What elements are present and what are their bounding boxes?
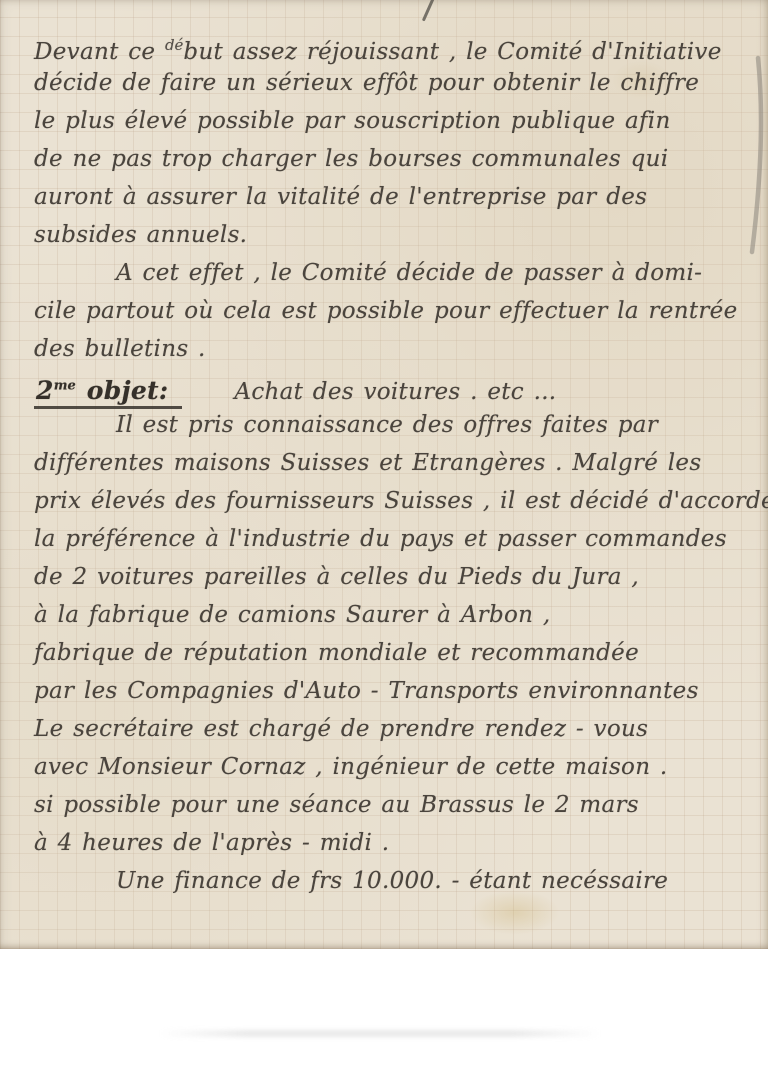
scan-margin xyxy=(0,949,768,1086)
manuscript-line: Devant ce début assez réjouissant , le C… xyxy=(34,26,750,64)
manuscript-line: le plus élevé possible par souscription … xyxy=(34,102,750,140)
heading-number: 2 xyxy=(36,376,54,405)
manuscript-line: cile partout où cela est possible pour e… xyxy=(34,292,750,330)
heading-word: objet: xyxy=(76,376,169,405)
manuscript-line: fabrique de réputation mondiale et recom… xyxy=(34,634,750,672)
manuscript-line: auront à assurer la vitalité de l'entrep… xyxy=(34,178,750,216)
manuscript-line: à la fabrique de camions Saurer à Arbon … xyxy=(34,596,750,634)
heading-line: 2me objet:Achat des voitures . etc ... xyxy=(34,368,750,406)
manuscript-line: A cet effet , le Comité décide de passer… xyxy=(34,254,750,292)
manuscript-line: la préférence à l'industrie du pays et p… xyxy=(34,520,750,558)
manuscript-line: par les Compagnies d'Auto - Transports e… xyxy=(34,672,750,710)
scanned-page: Devant ce début assez réjouissant , le C… xyxy=(0,0,768,949)
inserted-correction: dé xyxy=(165,36,183,54)
line-text: Devant ce xyxy=(34,39,165,65)
heading-title: Achat des voitures . etc ... xyxy=(234,379,556,405)
manuscript-line: différentes maisons Suisses et Etrangère… xyxy=(34,444,750,482)
manuscript-line: Le secrétaire est chargé de prendre rend… xyxy=(34,710,750,748)
manuscript-line: subsides annuels. xyxy=(34,216,750,254)
manuscript-line: des bulletins . xyxy=(34,330,750,368)
manuscript-text: Devant ce début assez réjouissant , le C… xyxy=(0,0,768,900)
manuscript-line: décide de faire un sérieux effôt pour ob… xyxy=(34,64,750,102)
manuscript-line: de 2 voitures pareilles à celles du Pied… xyxy=(34,558,750,596)
manuscript-line: de ne pas trop charger les bourses commu… xyxy=(34,140,750,178)
heading-superscript: me xyxy=(54,379,76,394)
section-heading: 2me objet: xyxy=(34,376,182,409)
paragraph-block: Il est pris connaissance des offres fait… xyxy=(34,406,750,900)
manuscript-line: Il est pris connaissance des offres fait… xyxy=(34,406,750,444)
manuscript-line: à 4 heures de l'après - midi . xyxy=(34,824,750,862)
manuscript-line: prix élevés des fournisseurs Suisses , i… xyxy=(34,482,750,520)
paragraph-block: Devant ce début assez réjouissant , le C… xyxy=(34,26,750,368)
manuscript-line: avec Monsieur Cornaz , ingénieur de cett… xyxy=(34,748,750,786)
manuscript-line: Une finance de frs 10.000. - étant necés… xyxy=(34,862,750,900)
scan-artifact-streak xyxy=(160,1030,600,1037)
manuscript-line: si possible pour une séance au Brassus l… xyxy=(34,786,750,824)
line-text: but assez réjouissant , le Comité d'Init… xyxy=(183,39,721,65)
